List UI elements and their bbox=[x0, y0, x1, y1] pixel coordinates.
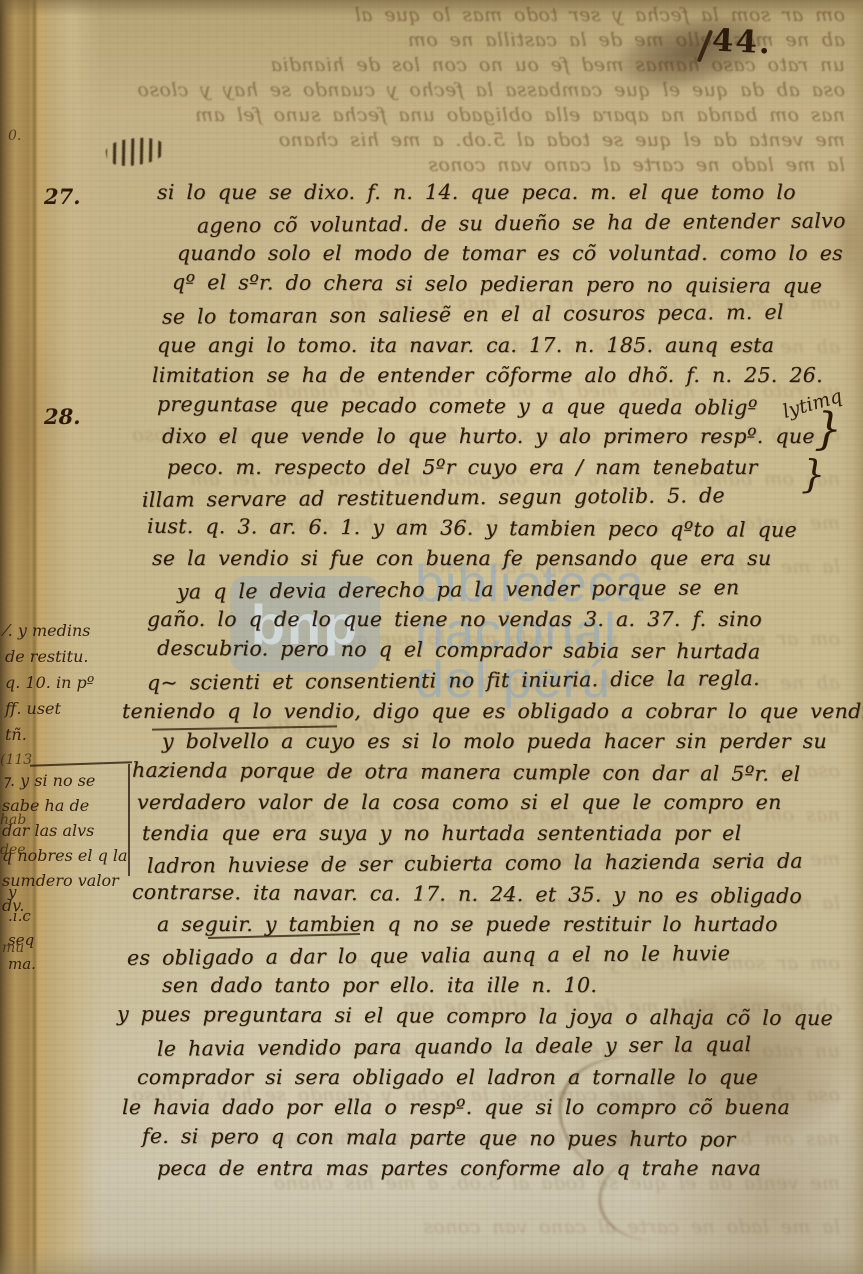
manuscript-line: descubrio. pero no q el comprador sabia … bbox=[157, 635, 850, 670]
manuscript-line: limitation se ha de entender cõforme alo… bbox=[152, 363, 850, 394]
manuscript-line: teniendo q lo vendio, digo que es obliga… bbox=[122, 699, 850, 730]
manuscript-line: ya q le devia derecho pa la vender porqu… bbox=[177, 574, 850, 610]
manuscript-line: y pues preguntara si el que compro la jo… bbox=[117, 1001, 850, 1036]
manuscript-line: comprador si sera obligado el ladron a t… bbox=[137, 1065, 850, 1096]
manuscript-line: q~ scienti et consentienti no fit iniuri… bbox=[147, 665, 850, 701]
manuscript-line: le havia vendido para quando la deale y … bbox=[157, 1031, 850, 1067]
manuscript-line: y bolvello a cuyo es si lo molo pueda ha… bbox=[162, 729, 850, 760]
manuscript-line: si lo que se dixo. f. n. 14. que peca. m… bbox=[157, 180, 850, 211]
manuscript-line: qº el sºr. do chera si selo pedieran per… bbox=[172, 269, 850, 304]
manuscript-line: iust. q. 3. ar. 6. 1. y am 36. y tambien… bbox=[147, 513, 850, 548]
manuscript-line: preguntase que pecado comete y a que que… bbox=[157, 391, 850, 426]
manuscript-line: que angi lo tomo. ita navar. ca. 17. n. … bbox=[157, 333, 850, 364]
manuscript-line: es obligado a dar lo que valia aunq a el… bbox=[127, 940, 850, 976]
manuscript-line: quando solo el modo de tomar es cõ volun… bbox=[177, 241, 850, 272]
manuscript-line: hazienda porque de otra manera cumple co… bbox=[132, 757, 850, 792]
manuscript-line: ladron huviese de ser cubierta como la h… bbox=[147, 848, 850, 884]
manuscript-line: dixo el que vende lo que hurto. y alo pr… bbox=[162, 424, 850, 455]
manuscript-line: le havia dado por ella o respº. que si l… bbox=[122, 1095, 850, 1126]
manuscript-line: a seguir. y tambien q no se puede restit… bbox=[157, 912, 850, 943]
manuscript-line: illam servare ad restituendum. segun got… bbox=[142, 482, 850, 518]
manuscript-line: fe. si pero q con mala parte que no pues… bbox=[142, 1123, 850, 1158]
manuscript-line: verdadero valor de la cosa como si el qu… bbox=[137, 790, 850, 821]
manuscript-line: gaño. lo q de lo que tiene no vendas 3. … bbox=[147, 607, 850, 638]
manuscript-line: peco. m. respecto del 5ºr cuyo era / nam… bbox=[167, 455, 850, 486]
manuscript-line: peca de entra mas partes conforme alo q … bbox=[157, 1156, 850, 1187]
manuscript-line: sen dado tanto por ello. ita ille n. 10. bbox=[162, 973, 850, 1004]
manuscript-line: tendia que era suya y no hurtada sentent… bbox=[142, 821, 850, 852]
main-text-block: si lo que se dixo. f. n. 14. que peca. m… bbox=[102, 180, 850, 1187]
manuscript-line: se lo tomaran son saliesẽ en el al cosur… bbox=[162, 299, 850, 335]
manuscript-line: se la vendio si fue con buena fe pensand… bbox=[152, 546, 850, 577]
manuscript-line: contrarse. ita navar. ca. 17. n. 24. et … bbox=[132, 879, 850, 914]
manuscript-line: ageno cõ voluntad. de su dueño se ha de … bbox=[197, 208, 850, 244]
manuscript-page: om ar som la fecha y ser todo mas lo que… bbox=[0, 0, 863, 1274]
